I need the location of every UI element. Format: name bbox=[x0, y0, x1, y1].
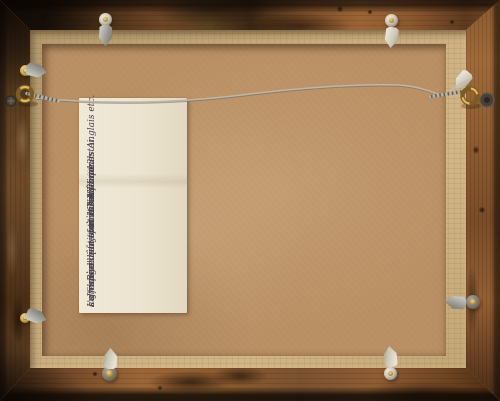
frame-back-photo: Le film vas être fait au studio 13 au mo… bbox=[0, 0, 500, 401]
d-ring-icon-left bbox=[15, 84, 35, 104]
wire-strand bbox=[36, 85, 443, 102]
screw-icon-left-dark bbox=[6, 96, 16, 106]
hanging-wire bbox=[0, 0, 500, 401]
screw-icon-right-dark bbox=[480, 93, 494, 107]
d-ring-icon-right bbox=[461, 87, 478, 104]
